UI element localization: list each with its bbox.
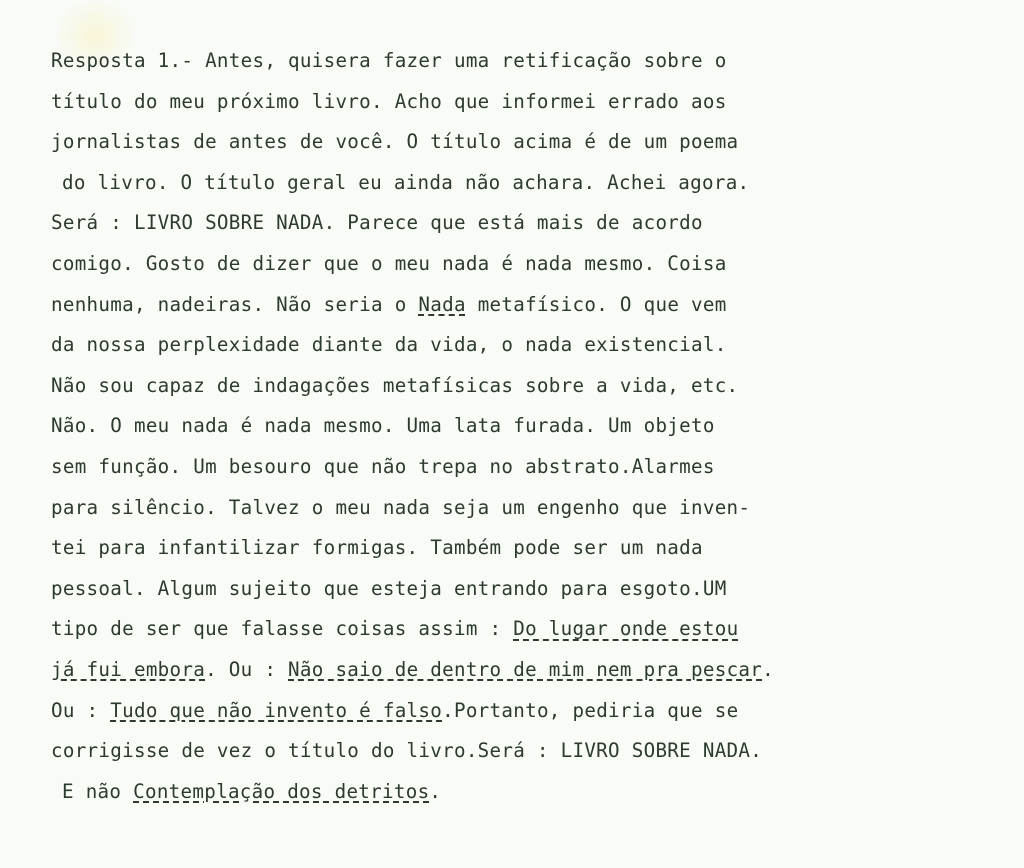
text-line: nenhuma, nadeiras. Não seria o Nada meta… [51, 290, 991, 331]
text-segment: . Ou : [205, 658, 288, 681]
text-segment: . [429, 780, 441, 803]
text-segment: Não. O meu nada é nada mesmo. Uma lata f… [51, 414, 715, 437]
typewritten-page: Resposta 1.- Antes, quisera fazer uma re… [0, 0, 1024, 868]
text-segment: tei para infantilizar formigas. Também p… [51, 536, 703, 559]
text-segment: Não sou capaz de indagações metafísicas … [51, 374, 738, 397]
text-line: sem função. Um besouro que não trepa no … [51, 452, 991, 493]
text-line: da nossa perplexidade diante da vida, o … [51, 330, 991, 371]
text-segment: tipo de ser que falasse coisas assim : [51, 617, 513, 640]
text-segment: E não [62, 780, 133, 803]
underlined-phrase: Do lugar onde estou [513, 617, 738, 640]
text-segment: comigo. Gosto de dizer que o meu nada é … [51, 252, 727, 275]
text-line: pessoal. Algum sujeito que esteja entran… [51, 574, 991, 615]
text-line: Ou : Tudo que não invento é falso.Portan… [51, 696, 991, 737]
text-segment: pessoal. Algum sujeito que esteja entran… [51, 577, 727, 600]
answer-text-block: Resposta 1.- Antes, quisera fazer uma re… [51, 46, 991, 817]
text-line: Resposta 1.- Antes, quisera fazer uma re… [51, 46, 991, 87]
text-segment: . [762, 658, 774, 681]
text-line: Não sou capaz de indagações metafísicas … [51, 371, 991, 412]
text-segment: título do meu próximo livro. Acho que in… [51, 90, 727, 113]
text-segment: Será : LIVRO SOBRE NADA. Parece que está… [51, 211, 703, 234]
text-line: título do meu próximo livro. Acho que in… [51, 87, 991, 128]
text-segment: nenhuma, nadeiras. Não seria o [51, 293, 418, 316]
underlined-phrase: Tudo que não invento é falso [110, 699, 442, 722]
text-segment: metafísico. O que vem [466, 293, 727, 316]
text-segment: corrigisse de vez o título do livro.Será… [51, 739, 762, 762]
text-line: Será : LIVRO SOBRE NADA. Parece que está… [51, 208, 991, 249]
text-line: jornalistas de antes de você. O título a… [51, 127, 991, 168]
text-line: do livro. O título geral eu ainda não ac… [51, 168, 991, 209]
underlined-phrase: Contemplação dos detritos [133, 780, 429, 803]
text-line: tipo de ser que falasse coisas assim : D… [51, 614, 991, 655]
text-segment: para silêncio. Talvez o meu nada seja um… [51, 496, 750, 519]
text-line: E não Contemplação dos detritos. [51, 777, 991, 818]
underlined-phrase: Não saio de dentro de mim nem pra pescar [288, 658, 762, 681]
text-segment: Ou : [51, 699, 110, 722]
underlined-phrase: já fui embora [51, 658, 205, 681]
text-line: corrigisse de vez o título do livro.Será… [51, 736, 991, 777]
text-segment: Resposta 1.- Antes, quisera fazer uma re… [51, 49, 727, 72]
text-line: comigo. Gosto de dizer que o meu nada é … [51, 249, 991, 290]
text-line: tei para infantilizar formigas. Também p… [51, 533, 991, 574]
text-line: Não. O meu nada é nada mesmo. Uma lata f… [51, 411, 991, 452]
text-segment: do livro. O título geral eu ainda não ac… [62, 171, 749, 194]
text-segment: sem função. Um besouro que não trepa no … [51, 455, 715, 478]
text-segment: jornalistas de antes de você. O título a… [51, 130, 738, 153]
text-line: já fui embora. Ou : Não saio de dentro d… [51, 655, 991, 696]
text-segment: .Portanto, pediria que se [442, 699, 738, 722]
underlined-phrase: Nada [418, 293, 465, 316]
text-line: para silêncio. Talvez o meu nada seja um… [51, 493, 991, 534]
text-segment: da nossa perplexidade diante da vida, o … [51, 333, 727, 356]
